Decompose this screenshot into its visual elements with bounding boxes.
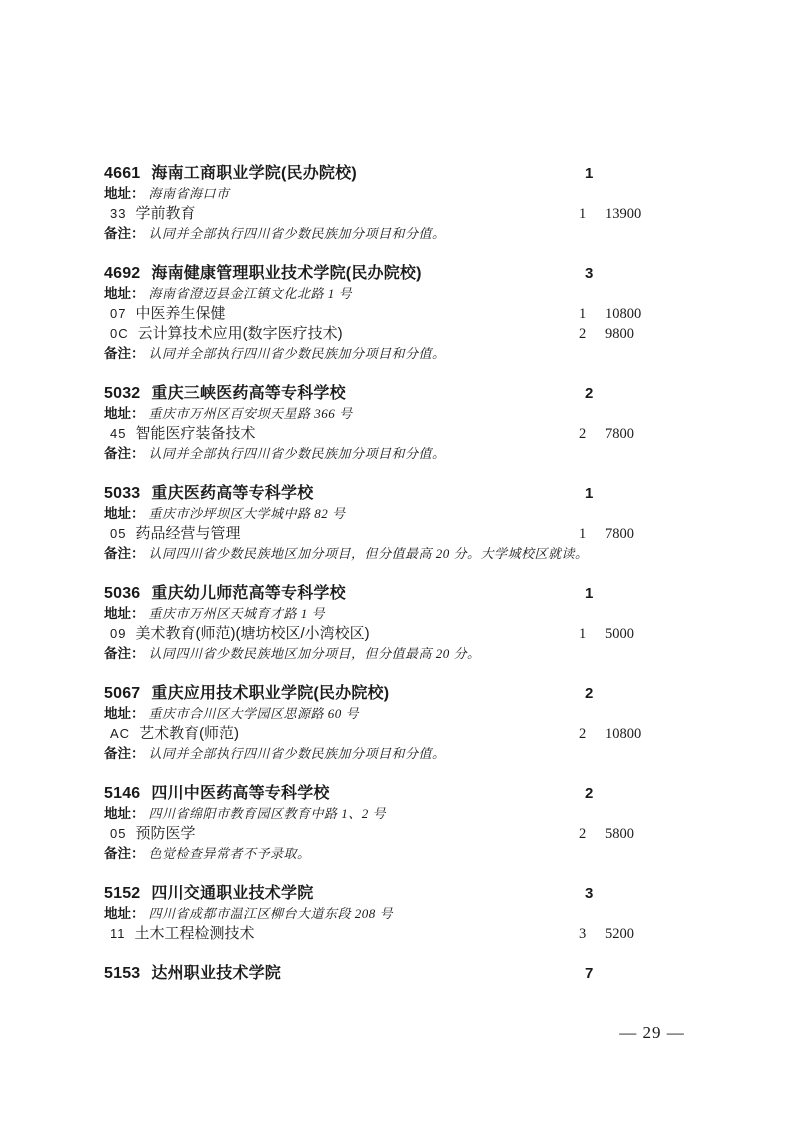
school-title-row: 5032重庆三峡医药高等专科学校 2 [104, 384, 708, 404]
school-name: 四川交通职业技术学院 [151, 885, 313, 902]
school-block: 5032重庆三峡医药高等专科学校 2 地址：重庆市万州区百安坝天星路 366 号… [104, 384, 708, 464]
school-title-row: 5036重庆幼儿师范高等专科学校 1 [104, 584, 708, 604]
program-fee: 5200 [605, 924, 634, 944]
address-text: 四川省成都市温江区柳台大道东段 208 号 [149, 906, 394, 921]
school-block: 5152四川交通职业技术学院 3 地址：四川省成都市温江区柳台大道东段 208 … [104, 884, 708, 944]
program-code: 11 [110, 926, 126, 941]
note-text: 认同并全部执行四川省少数民族加分项目和分值。 [149, 346, 446, 361]
school-name: 重庆医药高等专科学校 [151, 485, 313, 502]
address-row: 地址：重庆市合川区大学园区思源路 60 号 [104, 704, 708, 724]
school-name: 海南工商职业学院(民办院校) [151, 165, 356, 182]
note-row: 备注：认同四川省少数民族地区加分项目，但分值最高 20 分。大学城校区就读。 [104, 544, 708, 564]
program-count: 2 [579, 724, 586, 744]
program-code: 0C [110, 326, 129, 341]
school-code: 5036 [104, 585, 140, 602]
program-row: AC艺术教育(师范) 2 10800 [104, 724, 708, 744]
school-total-count: 2 [585, 784, 594, 804]
document-page: 4661海南工商职业学院(民办院校) 1 地址：海南省海口市 33学前教育 1 … [0, 0, 793, 1122]
program-code: 05 [110, 826, 126, 841]
school-block: 4661海南工商职业学院(民办院校) 1 地址：海南省海口市 33学前教育 1 … [104, 164, 708, 244]
program-fee: 10800 [605, 304, 641, 324]
note-text: 认同并全部执行四川省少数民族加分项目和分值。 [149, 446, 446, 461]
program-fee: 13900 [605, 204, 641, 224]
school-name: 重庆三峡医药高等专科学校 [151, 385, 345, 402]
school-block: 4692海南健康管理职业技术学院(民办院校) 3 地址：海南省澄迈县金江镇文化北… [104, 264, 708, 364]
school-code: 4661 [104, 165, 140, 182]
address-label: 地址： [104, 606, 145, 621]
address-row: 地址：重庆市万州区百安坝天星路 366 号 [104, 404, 708, 424]
program-name: 中医养生保健 [135, 305, 225, 322]
school-total-count: 1 [585, 164, 594, 184]
program-count: 2 [579, 424, 586, 444]
address-label: 地址： [104, 706, 145, 721]
program-name: 土木工程检测技术 [135, 925, 255, 942]
school-name: 达州职业技术学院 [151, 965, 281, 982]
school-name: 四川中医药高等专科学校 [151, 785, 329, 802]
program-name: 智能医疗装备技术 [135, 425, 255, 442]
school-code: 5153 [104, 965, 140, 982]
program-code: AC [110, 726, 130, 741]
school-total-count: 3 [585, 264, 594, 284]
address-text: 重庆市万州区百安坝天星路 366 号 [149, 406, 353, 421]
address-label: 地址： [104, 406, 145, 421]
school-total-count: 1 [585, 484, 594, 504]
address-row: 地址：海南省海口市 [104, 184, 708, 204]
program-fee: 7800 [605, 524, 634, 544]
note-row: 备注：认同并全部执行四川省少数民族加分项目和分值。 [104, 344, 708, 364]
note-row: 备注：认同并全部执行四川省少数民族加分项目和分值。 [104, 224, 708, 244]
program-count: 1 [579, 204, 586, 224]
address-text: 重庆市合川区大学园区思源路 60 号 [149, 706, 360, 721]
program-name: 药品经营与管理 [135, 525, 240, 542]
program-code: 45 [110, 426, 126, 441]
school-title-row: 4661海南工商职业学院(民办院校) 1 [104, 164, 708, 184]
program-code: 07 [110, 306, 126, 321]
school-total-count: 3 [585, 884, 594, 904]
program-name: 艺术教育(师范) [139, 725, 239, 742]
school-code: 4692 [104, 265, 140, 282]
program-count: 1 [579, 304, 586, 324]
program-fee: 7800 [605, 424, 634, 444]
note-row: 备注：色觉检查异常者不予录取。 [104, 844, 708, 864]
note-text: 认同并全部执行四川省少数民族加分项目和分值。 [149, 226, 446, 241]
note-label: 备注： [104, 646, 145, 661]
note-text: 认同四川省少数民族地区加分项目，但分值最高 20 分。大学城校区就读。 [149, 546, 589, 561]
school-title-row: 5033重庆医药高等专科学校 1 [104, 484, 708, 504]
address-row: 地址：四川省成都市温江区柳台大道东段 208 号 [104, 904, 708, 924]
program-row: 09美术教育(师范)(塘坊校区/小湾校区) 1 5000 [104, 624, 708, 644]
note-row: 备注：认同并全部执行四川省少数民族加分项目和分值。 [104, 744, 708, 764]
program-row: 07中医养生保健 1 10800 [104, 304, 708, 324]
school-total-count: 1 [585, 584, 594, 604]
school-title-row: 5153达州职业技术学院 7 [104, 964, 708, 984]
school-total-count: 2 [585, 684, 594, 704]
school-code: 5067 [104, 685, 140, 702]
school-code: 5152 [104, 885, 140, 902]
program-name: 美术教育(师范)(塘坊校区/小湾校区) [135, 625, 369, 642]
note-label: 备注： [104, 746, 145, 761]
program-fee: 9800 [605, 324, 634, 344]
school-total-count: 7 [585, 964, 594, 984]
school-name: 重庆幼儿师范高等专科学校 [151, 585, 345, 602]
address-label: 地址： [104, 906, 145, 921]
program-count: 3 [579, 924, 586, 944]
note-label: 备注： [104, 546, 145, 561]
program-fee: 5800 [605, 824, 634, 844]
program-row: 05预防医学 2 5800 [104, 824, 708, 844]
program-name: 云计算技术应用(数字医疗技术) [138, 325, 343, 342]
address-label: 地址： [104, 186, 145, 201]
address-label: 地址： [104, 806, 145, 821]
program-row: 45智能医疗装备技术 2 7800 [104, 424, 708, 444]
program-count: 2 [579, 824, 586, 844]
program-code: 05 [110, 526, 126, 541]
school-code: 5032 [104, 385, 140, 402]
program-name: 学前教育 [135, 205, 195, 222]
address-row: 地址：重庆市沙坪坝区大学城中路 82 号 [104, 504, 708, 524]
school-title-row: 5067重庆应用技术职业学院(民办院校) 2 [104, 684, 708, 704]
address-text: 重庆市沙坪坝区大学城中路 82 号 [149, 506, 346, 521]
program-row: 11土木工程检测技术 3 5200 [104, 924, 708, 944]
school-title-row: 4692海南健康管理职业技术学院(民办院校) 3 [104, 264, 708, 284]
note-label: 备注： [104, 446, 145, 461]
address-text: 重庆市万州区天城育才路 1 号 [149, 606, 326, 621]
school-block: 5036重庆幼儿师范高等专科学校 1 地址：重庆市万州区天城育才路 1 号 09… [104, 584, 708, 664]
note-text: 色觉检查异常者不予录取。 [149, 846, 311, 861]
school-title-row: 5146四川中医药高等专科学校 2 [104, 784, 708, 804]
address-row: 地址：四川省绵阳市教育园区教育中路 1、2 号 [104, 804, 708, 824]
address-row: 地址：重庆市万州区天城育才路 1 号 [104, 604, 708, 624]
program-code: 09 [110, 626, 126, 641]
school-name: 海南健康管理职业技术学院(民办院校) [151, 265, 421, 282]
program-name: 预防医学 [135, 825, 195, 842]
school-name: 重庆应用技术职业学院(民办院校) [151, 685, 389, 702]
school-block: 5153达州职业技术学院 7 [104, 964, 708, 984]
address-text: 海南省澄迈县金江镇文化北路 1 号 [149, 286, 353, 301]
note-label: 备注： [104, 346, 145, 361]
school-title-row: 5152四川交通职业技术学院 3 [104, 884, 708, 904]
note-row: 备注：认同并全部执行四川省少数民族加分项目和分值。 [104, 444, 708, 464]
program-row: 05药品经营与管理 1 7800 [104, 524, 708, 544]
note-row: 备注：认同四川省少数民族地区加分项目，但分值最高 20 分。 [104, 644, 708, 664]
school-block: 5067重庆应用技术职业学院(民办院校) 2 地址：重庆市合川区大学园区思源路 … [104, 684, 708, 764]
school-code: 5146 [104, 785, 140, 802]
note-text: 认同并全部执行四川省少数民族加分项目和分值。 [149, 746, 446, 761]
school-total-count: 2 [585, 384, 594, 404]
note-label: 备注： [104, 226, 145, 241]
program-count: 2 [579, 324, 586, 344]
address-row: 地址：海南省澄迈县金江镇文化北路 1 号 [104, 284, 708, 304]
address-text: 海南省海口市 [149, 186, 230, 201]
page-number: — 29 — [607, 1023, 697, 1043]
school-block: 5033重庆医药高等专科学校 1 地址：重庆市沙坪坝区大学城中路 82 号 05… [104, 484, 708, 564]
school-list: 4661海南工商职业学院(民办院校) 1 地址：海南省海口市 33学前教育 1 … [104, 164, 708, 1004]
address-label: 地址： [104, 506, 145, 521]
program-count: 1 [579, 524, 586, 544]
program-row: 0C云计算技术应用(数字医疗技术) 2 9800 [104, 324, 708, 344]
program-fee: 5000 [605, 624, 634, 644]
school-block: 5146四川中医药高等专科学校 2 地址：四川省绵阳市教育园区教育中路 1、2 … [104, 784, 708, 864]
address-label: 地址： [104, 286, 145, 301]
address-text: 四川省绵阳市教育园区教育中路 1、2 号 [149, 806, 387, 821]
program-row: 33学前教育 1 13900 [104, 204, 708, 224]
note-text: 认同四川省少数民族地区加分项目，但分值最高 20 分。 [149, 646, 481, 661]
note-label: 备注： [104, 846, 145, 861]
program-code: 33 [110, 206, 126, 221]
program-count: 1 [579, 624, 586, 644]
program-fee: 10800 [605, 724, 641, 744]
school-code: 5033 [104, 485, 140, 502]
